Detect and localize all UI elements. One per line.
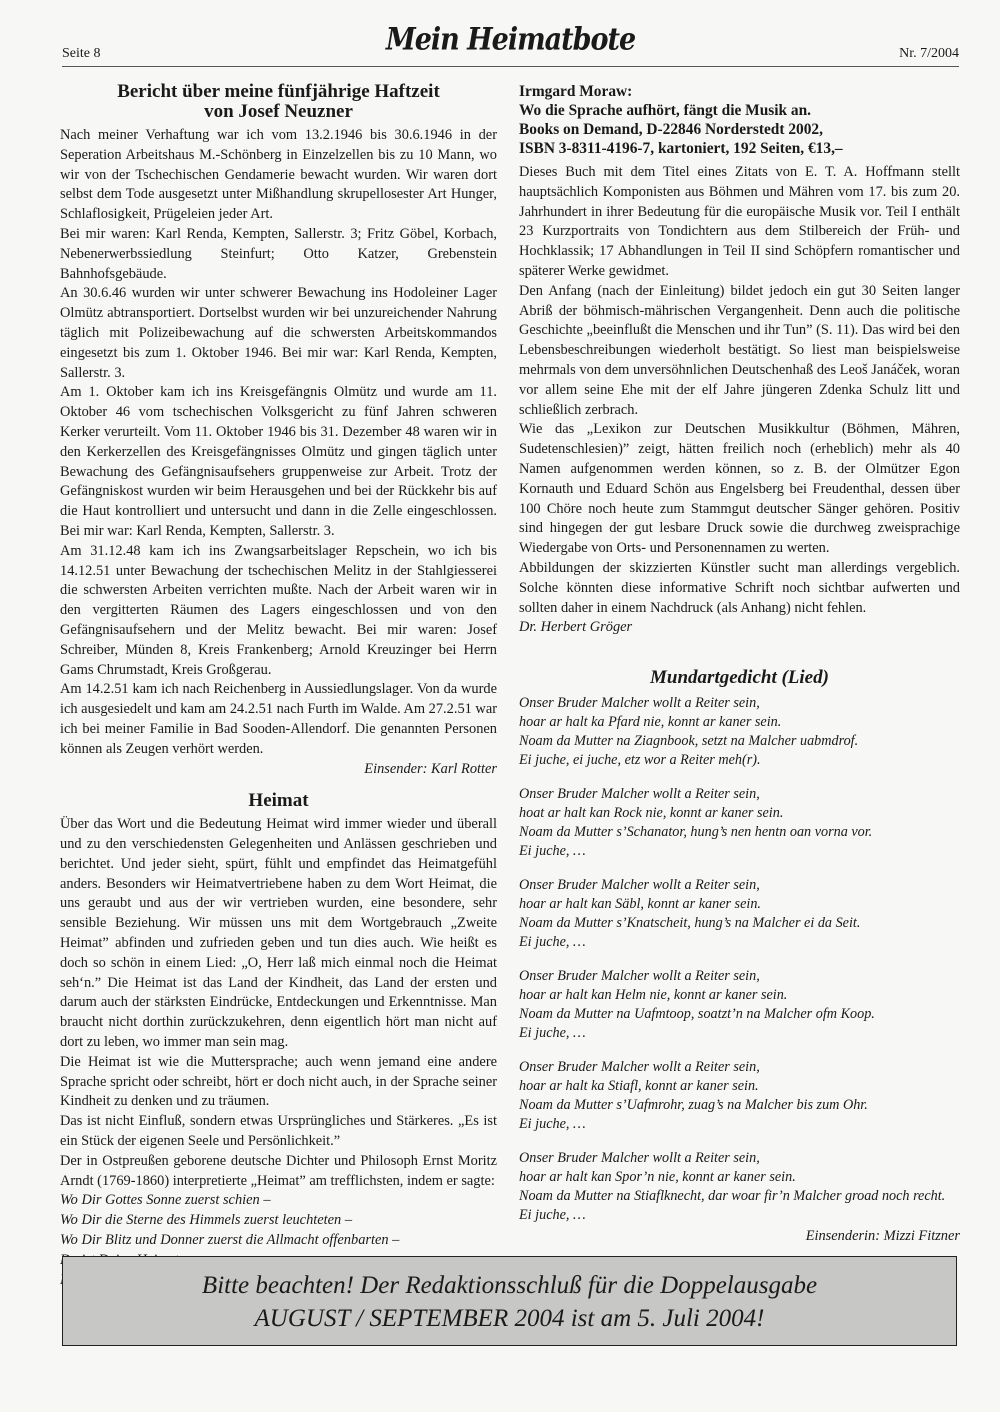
right-column: Irmgard Moraw: Wo die Sprache aufhört, f… [519,82,960,1247]
paragraph: Wie das „Lexikon zur Deutschen Musikkult… [519,420,960,559]
book-isbn: ISBN 3-8311-4196-7, kartoniert, 192 Seit… [519,139,960,158]
paragraph: Die Heimat ist wie die Muttersprache; au… [60,1053,497,1112]
verse-line: hoar ar halt kan Helm nie, konnt ar kane… [519,986,960,1005]
paragraph: Das ist nicht Einfluß, sondern etwas Urs… [60,1112,497,1152]
verse-line: hoar ar halt kan Säbl, konnt ar kaner se… [519,895,960,914]
verse-line: Noam da Mutter na Uafmtoop, soatzt’n na … [519,1005,960,1024]
masthead-logo: Mein Heimatbote [386,22,635,58]
article-title: Bericht über meine fünfjährige Haftzeit … [60,82,497,122]
paragraph: Dieses Buch mit dem Titel eines Zitats v… [519,163,960,282]
signature: Dr. Herbert Gröger [519,618,960,638]
poem-stanza: Onser Bruder Malcher wollt a Reiter sein… [519,1058,960,1134]
issue-number: Nr. 7/2004 [899,46,959,62]
verse-line: Onser Bruder Malcher wollt a Reiter sein… [519,876,960,895]
poem-stanza: Onser Bruder Malcher wollt a Reiter sein… [519,967,960,1043]
book-title: Wo die Sprache aufhört, fängt die Musik … [519,101,960,120]
verse-line: hoat ar halt kan Rock nie, konnt ar kane… [519,804,960,823]
paragraph: Am 31.12.48 kam ich ins Zwangsarbeitslag… [60,542,497,681]
signature: Einsender: Karl Rotter [60,760,497,780]
verse-line: Noam da Mutter na Ziagnbook, setzt na Ma… [519,732,960,751]
poem-stanza: Onser Bruder Malcher wollt a Reiter sein… [519,1149,960,1225]
page-number: Seite 8 [62,46,101,62]
paragraph: Am 1. Oktober kam ich ins Kreisgefängnis… [60,383,497,541]
article-mundartgedicht: Mundartgedicht (Lied) Onser Bruder Malch… [519,668,960,1247]
left-column: Bericht über meine fünfjährige Haftzeit … [60,82,497,1290]
article-title: Heimat [60,791,497,811]
article-haftzeit: Bericht über meine fünfjährige Haftzeit … [60,82,497,779]
paragraph: Abbildungen der skizzierten Künstler suc… [519,559,960,618]
poem-stanza: Onser Bruder Malcher wollt a Reiter sein… [519,785,960,861]
title-line: Bericht über meine fünfjährige Haftzeit [60,82,497,102]
book-author: Irmgard Moraw: [519,82,960,101]
book-publisher: Books on Demand, D-22846 Norderstedt 200… [519,120,960,139]
verse-line: Onser Bruder Malcher wollt a Reiter sein… [519,1058,960,1077]
poem-stanza: Onser Bruder Malcher wollt a Reiter sein… [519,694,960,770]
verse-line: Noam da Mutter s’Schanator, hung’s nen h… [519,823,960,842]
verse-line: Noam da Mutter s’Uafmrohr, zuag’s na Mal… [519,1096,960,1115]
verse-line: Noam da Mutter na Stiaflknecht, dar woar… [519,1187,960,1206]
verse-line: Noam da Mutter s’Knatscheit, hung’s na M… [519,914,960,933]
banner-line-1: Bitte beachten! Der Redaktionsschluß für… [63,1269,956,1302]
paragraph: Der in Ostpreußen geborene deutsche Dich… [60,1152,497,1192]
verse-line: Ei juche, … [519,933,960,952]
paragraph: Den Anfang (nach der Einleitung) bildet … [519,282,960,421]
verse-line: Onser Bruder Malcher wollt a Reiter sein… [519,967,960,986]
article-title: Mundartgedicht (Lied) [519,668,960,688]
verse-line: hoar ar halt ka Stiafl, konnt ar kaner s… [519,1077,960,1096]
book-heading: Irmgard Moraw: Wo die Sprache aufhört, f… [519,82,960,158]
quote-line: Wo Dir Blitz und Donner zuerst die Allma… [60,1231,497,1251]
verse-line: hoar ar halt ka Pfard nie, konnt ar kane… [519,713,960,732]
verse-line: Onser Bruder Malcher wollt a Reiter sein… [519,1149,960,1168]
signature: Einsenderin: Mizzi Fitzner [519,1227,960,1247]
article-heimat: Heimat Über das Wort und die Bedeutung H… [60,791,497,1290]
paragraph: An 30.6.46 wurden wir unter schwerer Bew… [60,284,497,383]
verse-line: Ei juche, … [519,1206,960,1225]
article-book-review: Irmgard Moraw: Wo die Sprache aufhört, f… [519,82,960,638]
quote-line: Wo Dir Gottes Sonne zuerst schien – [60,1191,497,1211]
verse-line: Ei juche, … [519,1024,960,1043]
poem-stanza: Onser Bruder Malcher wollt a Reiter sein… [519,876,960,952]
verse-line: hoar ar halt kan Spor’n nie, konnt ar ka… [519,1168,960,1187]
title-line: von Josef Neuzner [60,102,497,122]
verse-line: Ei juche, ei juche, etz wor a Reiter meh… [519,751,960,770]
paragraph: Über das Wort und die Bedeutung Heimat w… [60,815,497,1053]
banner-line-2: AUGUST / SEPTEMBER 2004 ist am 5. Juli 2… [63,1302,956,1335]
paragraph: Am 14.2.51 kam ich nach Reichenberg in A… [60,680,497,759]
verse-line: Onser Bruder Malcher wollt a Reiter sein… [519,785,960,804]
verse-line: Ei juche, … [519,1115,960,1134]
quote-line: Wo Dir die Sterne des Himmels zuerst leu… [60,1211,497,1231]
verse-line: Onser Bruder Malcher wollt a Reiter sein… [519,694,960,713]
page-header: Seite 8 Mein Heimatbote Nr. 7/2004 [62,30,959,67]
verse-line: Ei juche, … [519,842,960,861]
paragraph: Bei mir waren: Karl Renda, Kempten, Sall… [60,225,497,284]
paragraph: Nach meiner Verhaftung war ich vom 13.2.… [60,126,497,225]
deadline-banner: Bitte beachten! Der Redaktionsschluß für… [62,1256,957,1346]
